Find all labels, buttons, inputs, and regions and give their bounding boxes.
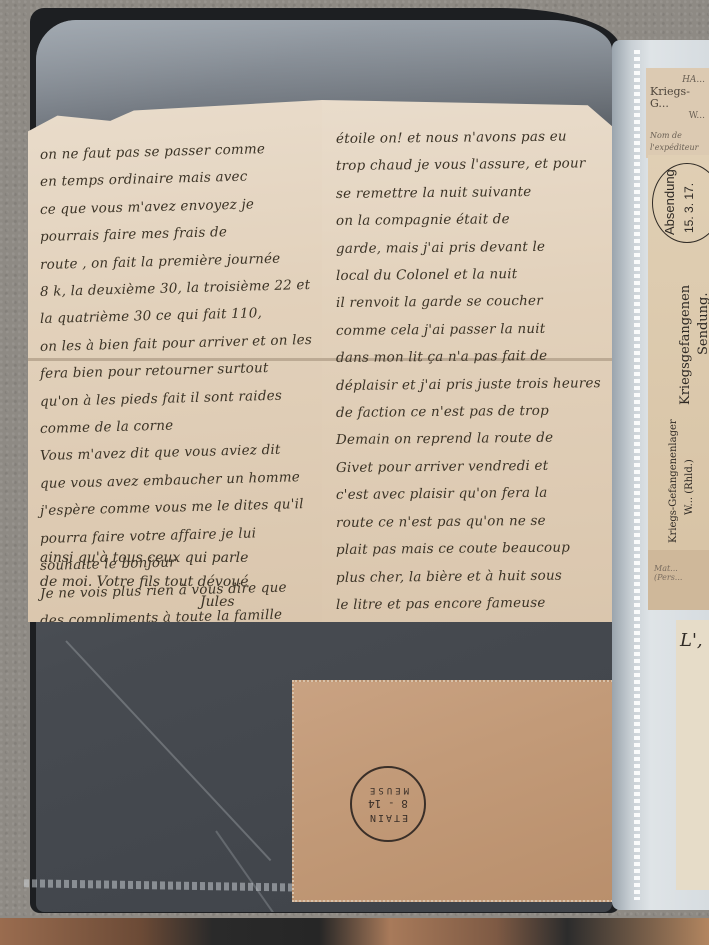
postmark-town: ETAIN [368,812,408,823]
postmark-date: 8 - 14 [368,797,408,810]
letter-line: c'est avec plaisir qu'on fera la [336,479,618,509]
letter-line: Demain on reprend la route de [336,425,618,455]
letter-line: Givet pour arriver vendredi et [336,452,618,482]
letter-line: comme cela j'ai passer la nuit [336,315,618,345]
letter-line: déplaisir et j'ai pris juste trois heure… [336,370,618,400]
card-subtitle: Sendung. [696,293,709,356]
absendung-stamp [652,163,709,243]
letter-line: le litre et pas encore fameuse [336,589,618,619]
letter-text: étoile on! et nous n'avons pas eu trop c… [336,126,618,619]
letter-line: se remettre la nuit suivante [336,178,618,208]
card-fragment: (Pers... [654,573,703,582]
closing-line: ainsi qu'à tous ceux qui parle de moi. V… [40,550,249,590]
pow-card-lower: Mat... (Pers... [648,550,709,610]
letter-line: dans mon lit ça n'a pas fait de [336,342,618,372]
letter-line: il renvoit la garde se coucher [336,287,618,317]
letter-page-right: étoile on! et nous n'avons pas eu trop c… [322,100,624,622]
letter-line: ainsi qu'à tous ceux qui parle [40,550,249,566]
signature: Jules [200,594,235,610]
letter-line: plait pas mais ce coute beaucoup [336,534,618,564]
note-handwriting: L', [680,630,703,651]
letter-line: trop chaud je vous l'assure, et pour [336,150,618,180]
letter-page-left: on ne faut pas se passer comme en temps … [28,100,322,622]
sender-label: Nom de l'expéditeur [650,130,705,154]
stamp-label: Absendung [662,169,677,235]
postcard-back: ETAIN 8 - 14 MEUSE [292,680,624,902]
sleeve-perforation [634,50,640,900]
handwritten-note-card: L', [676,620,709,890]
letter-line: on la compagnie était de [336,205,618,235]
stamp-date: 15. 3. 17. [682,183,696,233]
letter-line: étoile on! et nous n'avons pas eu [336,123,618,153]
sleeve-fold-line [65,640,271,861]
card-title-fragment: Kriegs-G... [650,86,705,110]
card-line-fragment: W... [650,110,705,122]
letter-line: garde, mais j'ai pris devant le [336,233,618,263]
letter-line: de faction ce n'est pas de trop [336,397,618,427]
letter-line: de moi. Votre fils tout dévoué [40,574,249,590]
postmark-stamp: ETAIN 8 - 14 MEUSE [350,766,426,842]
camp-name: Kriegs-Gefangenenlager [668,419,679,543]
floor [0,918,709,945]
pow-card: Absendung 15. 3. 17. Kriegsgefangenen Se… [648,155,709,550]
letter-line: plus cher, la bière et à huit sous [336,562,618,592]
postmark-department: MEUSE [367,785,409,795]
letter-line: local du Colonel et la nuit [336,260,618,290]
letter-line: route ce n'est pas qu'on ne se [336,507,618,537]
card-title: Kriegsgefangenen [678,285,693,405]
pow-card-header: HA... Kriegs-G... W... Nom de l'expédite… [646,68,709,158]
card-fragment: Mat... [654,564,703,573]
camp-place: W... (Rhld.) [684,459,695,515]
